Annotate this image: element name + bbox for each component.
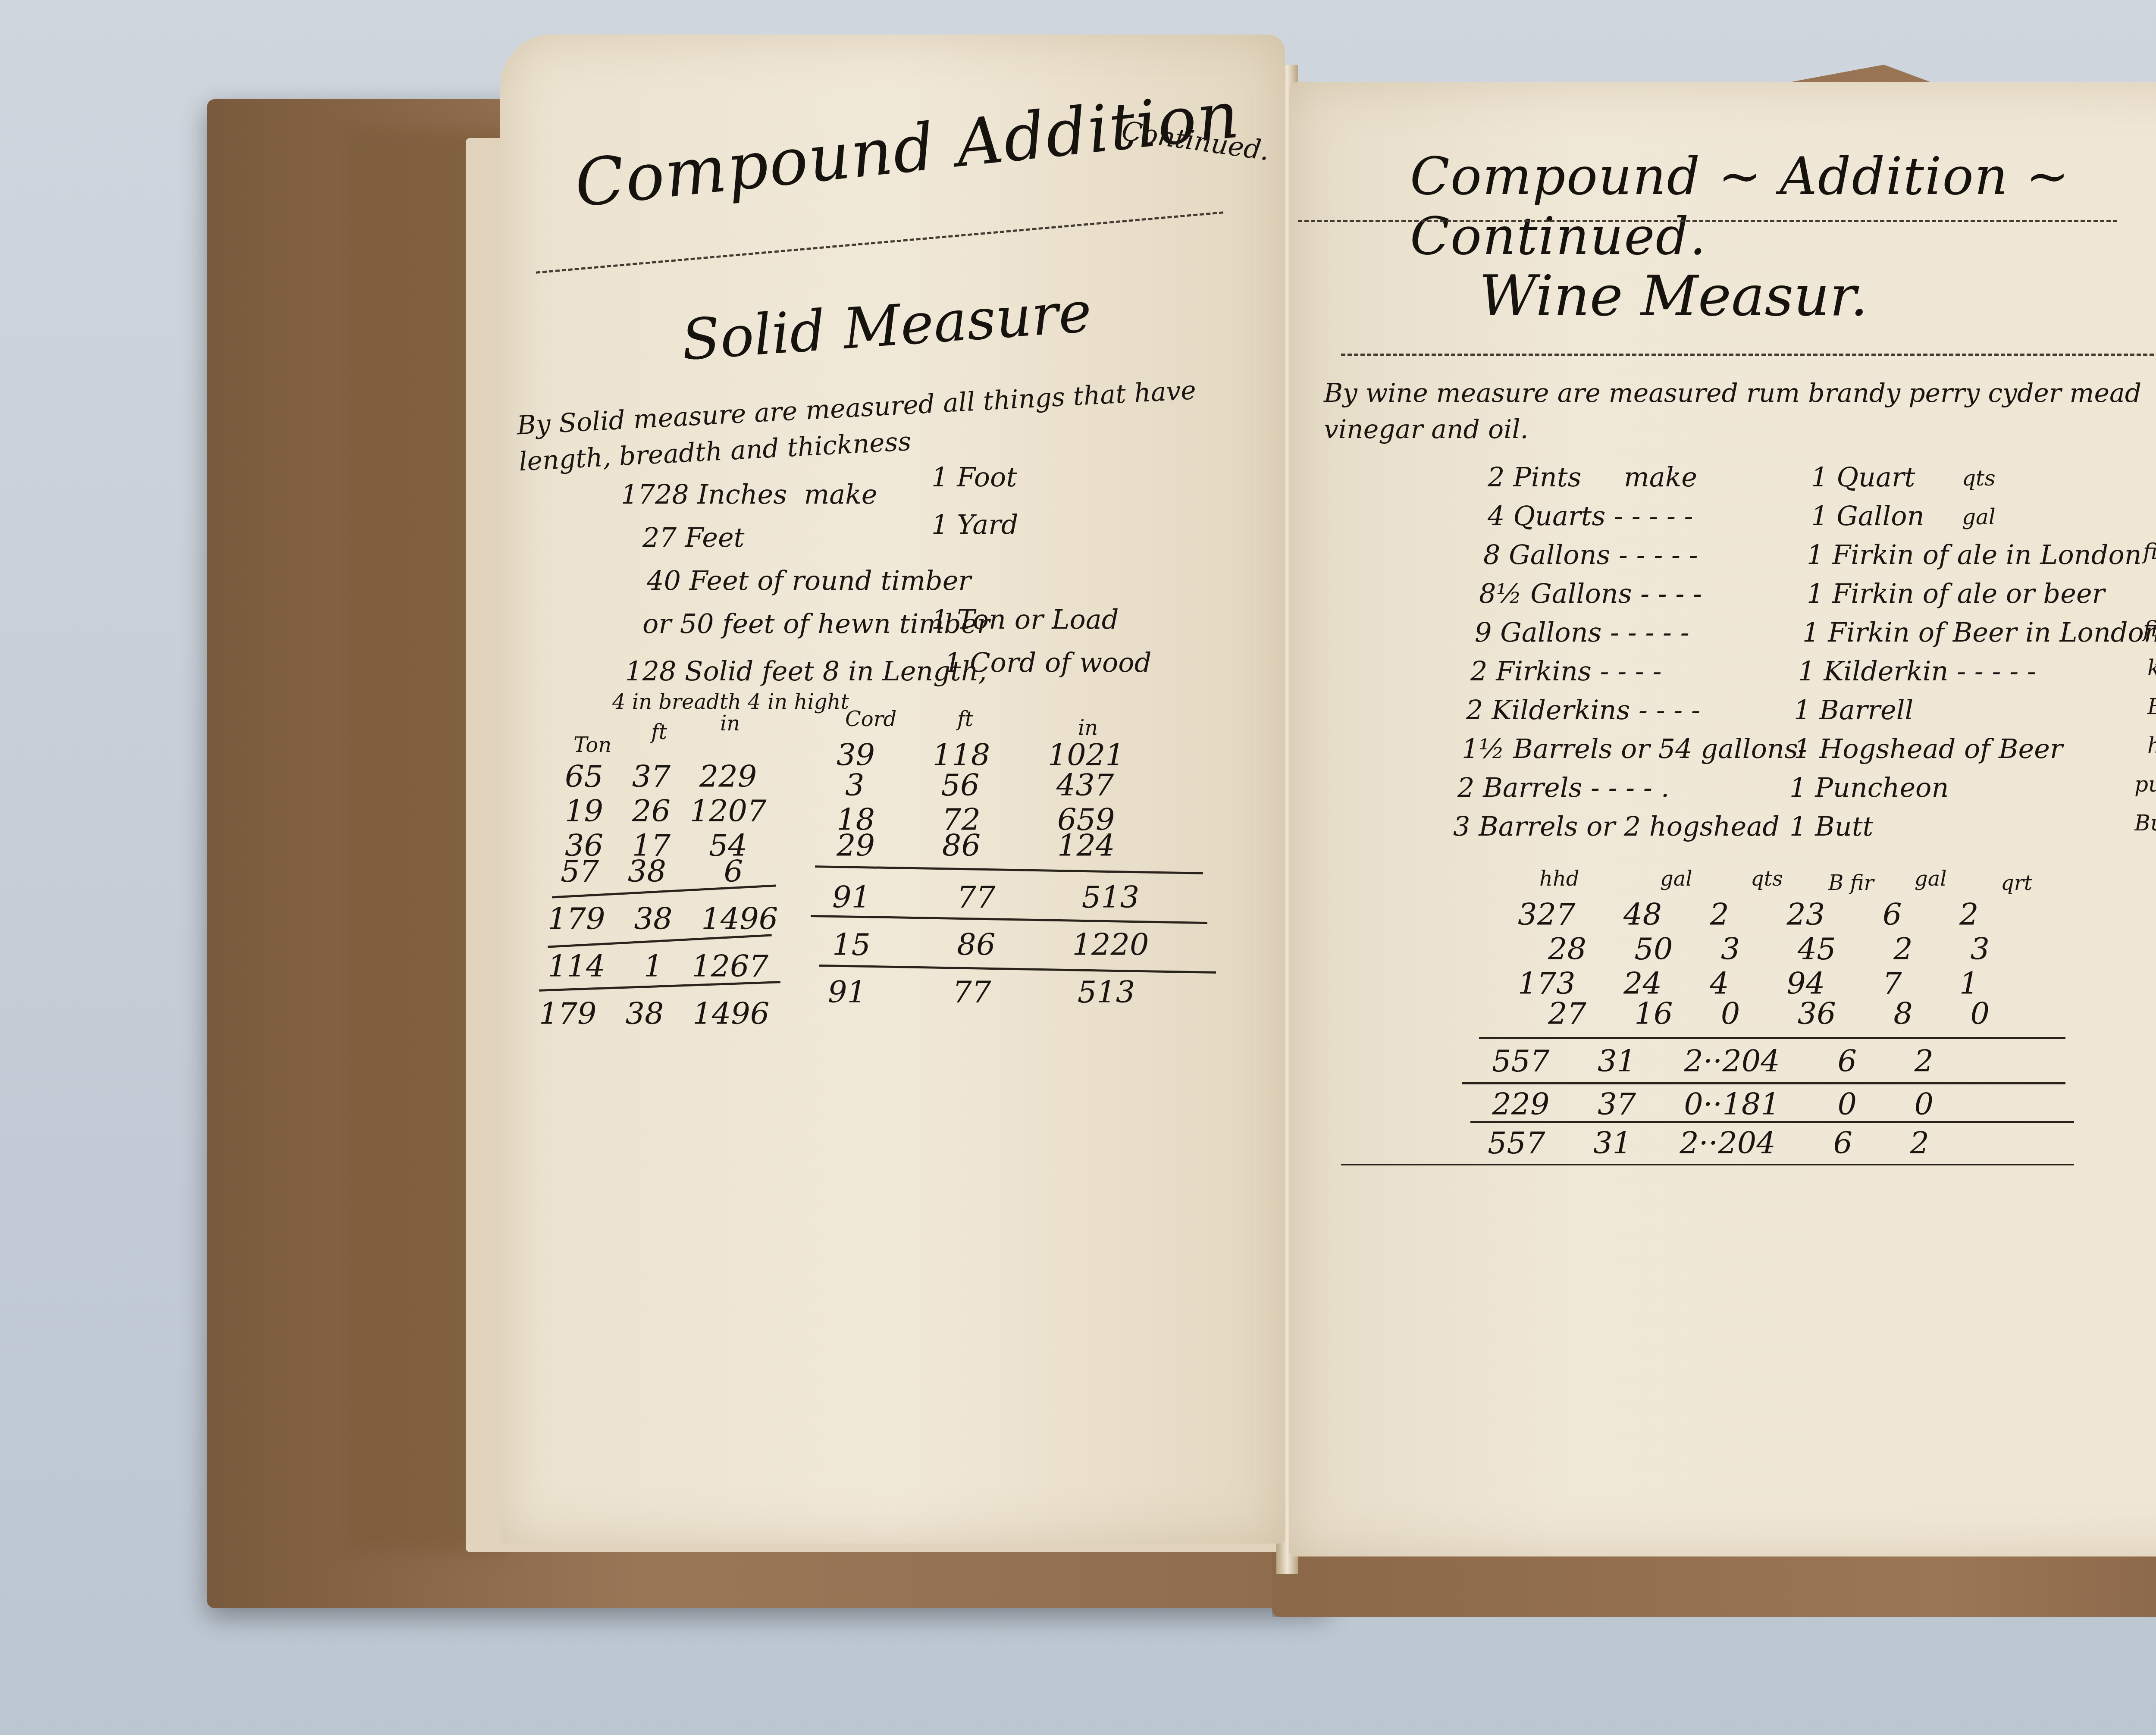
measure-row: 2 Barrels - - - - . — [1457, 772, 1669, 803]
sum-row: 65 37 229 — [565, 759, 757, 794]
sum-row: 3 56 437 — [845, 767, 1114, 803]
measure-row: 8½ Gallons - - - - — [1479, 578, 1702, 609]
column-header: hhd — [1539, 867, 1579, 891]
page-title: Compound ~ Addition ~ Continued. — [1410, 147, 2156, 266]
measure-abbr: fir — [2143, 617, 2156, 642]
column-header: gal — [1915, 867, 1947, 891]
sum-rule — [811, 915, 1207, 924]
measure-row: 40 Feet of round timber — [647, 565, 971, 596]
page-title: Compound Addition — [571, 78, 1243, 222]
measure-row: 4 Quarts - - - - - — [1488, 500, 1693, 532]
section-title: Solid Measure — [680, 279, 1094, 373]
section-title: Wine Measur. — [1479, 263, 1868, 329]
measure-abbr: kill — [2147, 655, 2156, 680]
sum-proof: 179 38 1496 — [539, 996, 769, 1031]
sum-row: 57 38 6 — [561, 854, 743, 889]
measure-result: 1 Kilderkin - - - - - — [1798, 655, 2036, 687]
measure-result: 1 Foot — [931, 461, 1017, 493]
measure-abbr: gal — [1962, 504, 1996, 529]
column-header: B fir — [1828, 871, 1874, 895]
column-header: in — [720, 711, 740, 736]
sum-proof: 557 31 2··204 6 2 — [1488, 1125, 1929, 1161]
measure-abbr: qts — [1962, 466, 1996, 491]
title-rule — [1298, 220, 2117, 222]
measure-result: 1 Gallon — [1811, 500, 1924, 532]
measure-row: 1728 Inches make — [621, 479, 877, 510]
measure-row: 2 Pints make — [1488, 461, 1697, 493]
sum-total: 179 38 1496 — [548, 901, 778, 936]
sum-check: 114 1 1267 — [548, 949, 768, 984]
measure-result: 1 Firkin of ale in London — [1807, 539, 2142, 570]
right-page: Compound ~ Addition ~ Continued. Wine Me… — [1289, 82, 2156, 1556]
measure-row: 4 in breadth 4 in hight — [612, 690, 849, 714]
sum-row: 327 48 2 23 6 2 — [1518, 897, 1978, 932]
measure-row: 8 Gallons - - - - - — [1483, 539, 1698, 570]
column-header: Ton — [573, 733, 611, 757]
sum-proof: 91 77 513 — [828, 974, 1135, 1010]
measure-row: 3 Barrels or 2 hogshead — [1453, 811, 1780, 842]
measure-abbr: pun — [2134, 772, 2156, 797]
measure-result: 1 Yard — [931, 509, 1018, 540]
measure-row: 9 Gallons - - - - - — [1475, 617, 1689, 648]
sum-rule — [1462, 1082, 2065, 1084]
column-header: in — [1078, 716, 1098, 740]
column-header: qrt — [2001, 871, 2032, 895]
measure-result: 1 Butt — [1789, 811, 1873, 842]
measure-result: 1 Quart — [1811, 461, 1915, 493]
sum-check: 15 86 1220 — [832, 927, 1149, 962]
measure-row: 1½ Barrels or 54 gallons- — [1462, 733, 1807, 764]
measure-row: 27 Feet — [642, 522, 745, 553]
measure-result: 1 Hogshead of Beer — [1794, 733, 2063, 764]
measure-row: 2 Firkins - - - - — [1470, 655, 1661, 687]
bottom-rule — [1341, 1164, 2074, 1165]
column-header: ft — [957, 707, 973, 731]
sum-total: 557 31 2··204 6 2 — [1492, 1043, 1934, 1079]
measure-row: 2 Kilderkins - - - - — [1466, 694, 1700, 726]
intro-text: By Solid measure are measured all things… — [516, 369, 1269, 480]
sum-row: 27 16 0 36 8 0 — [1548, 996, 1990, 1031]
measure-abbr: Bar — [2147, 694, 2156, 719]
measure-result: 1 Cord of wood — [944, 647, 1151, 678]
column-header: gal — [1660, 867, 1692, 891]
measure-abbr: fir — [2143, 539, 2156, 564]
column-header: Cord — [845, 707, 896, 731]
sum-rule — [1470, 1121, 2074, 1123]
measure-row: 128 Solid feet 8 in Length, — [625, 655, 987, 687]
measure-abbr: hhd — [2147, 733, 2156, 758]
sum-total: 91 77 513 — [832, 880, 1139, 915]
sum-row: 29 86 124 — [837, 828, 1115, 863]
measure-result: 1 Puncheon — [1789, 772, 1949, 803]
title-rule — [536, 211, 1223, 273]
measure-result: 1 Firkin of Beer in London — [1802, 617, 2156, 648]
sum-rule — [815, 865, 1203, 874]
sum-rule — [819, 965, 1216, 974]
sum-rule — [1479, 1037, 2065, 1039]
measure-result: 1 Ton or Load — [931, 604, 1119, 635]
sum-check: 229 37 0··181 0 0 — [1492, 1087, 1934, 1122]
column-header: ft — [651, 720, 667, 744]
subtitle-rule — [1341, 354, 2156, 356]
measure-result: 1 Firkin of ale or beer — [1807, 578, 2105, 609]
sum-row: 19 26 1207 — [565, 793, 767, 829]
intro-text: By wine measure are measured rum brandy … — [1324, 375, 2156, 448]
measure-abbr: Butt — [2134, 811, 2156, 836]
sum-row: 28 50 3 45 2 3 — [1548, 931, 1990, 967]
left-page: Compound Addition Continued. Solid Measu… — [500, 34, 1285, 1544]
column-header: qts — [1751, 867, 1783, 891]
measure-result: 1 Barrell — [1794, 694, 1913, 726]
